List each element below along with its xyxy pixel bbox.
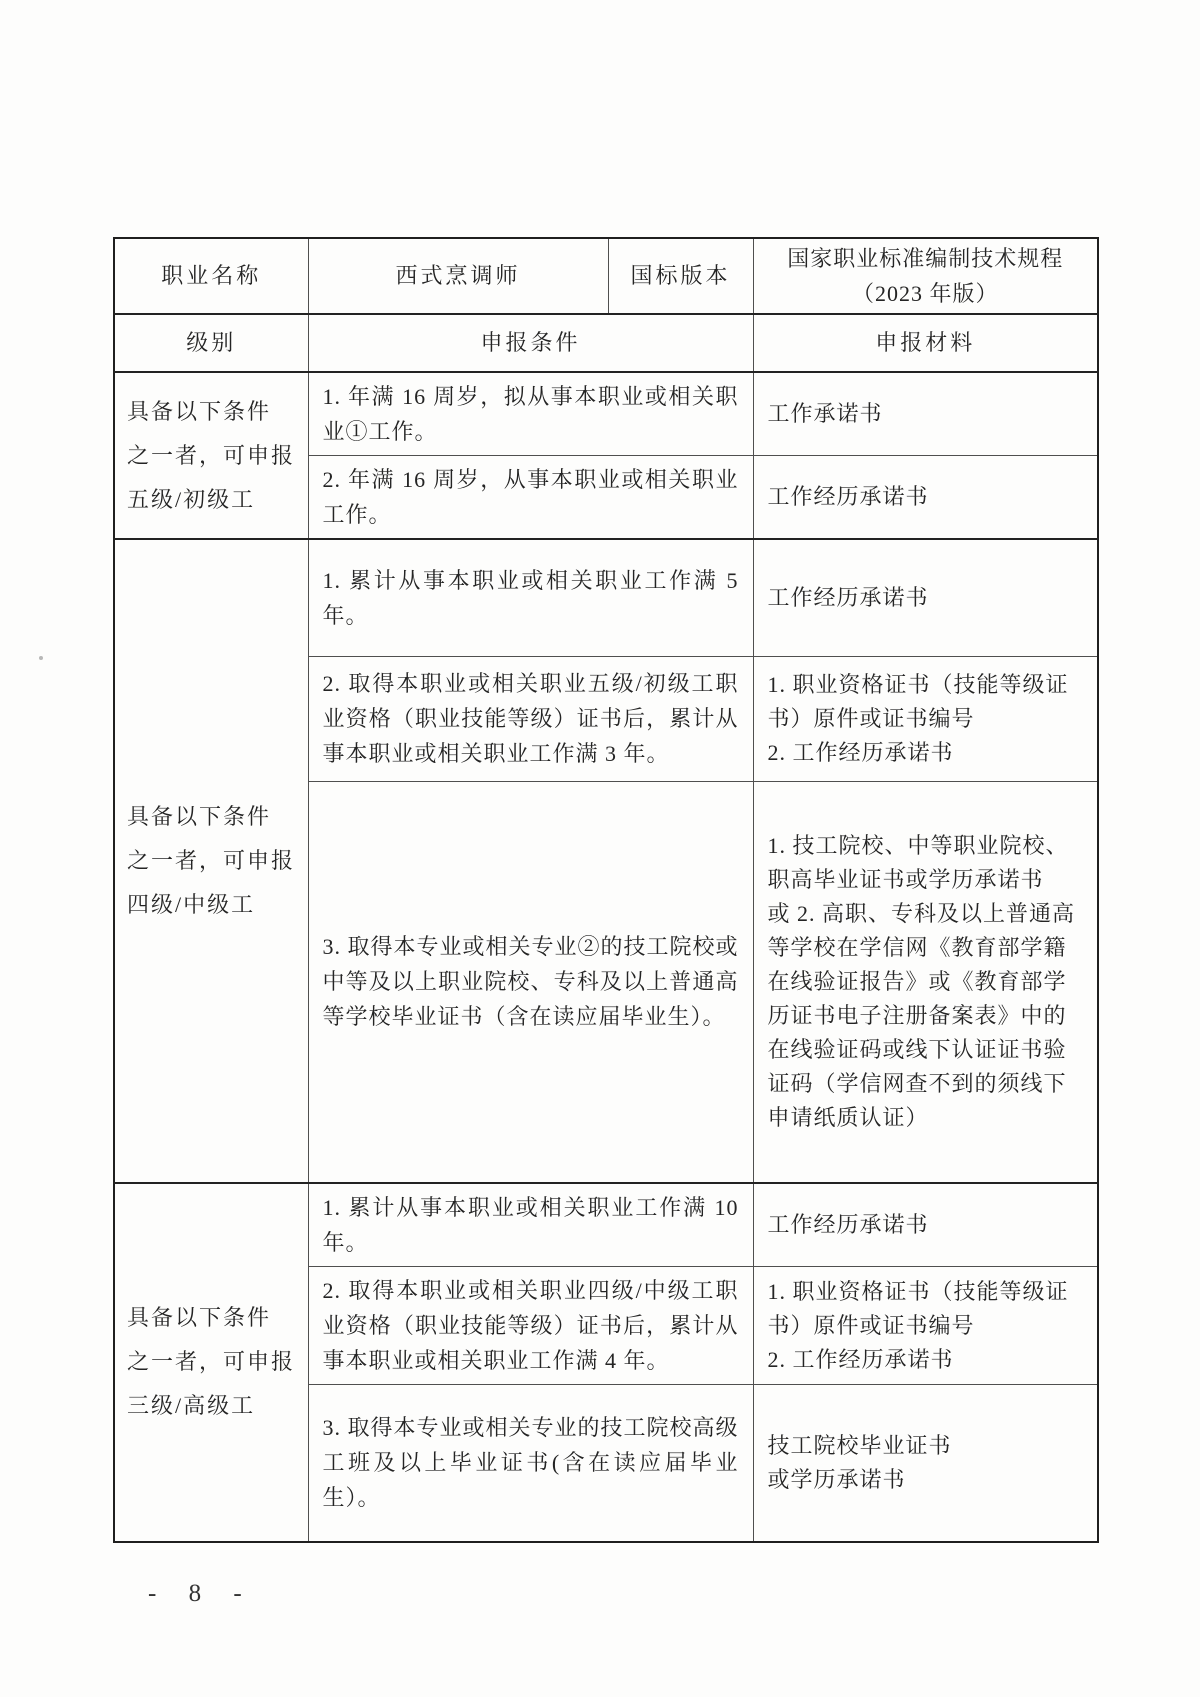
material-senior-3: 技工院校毕业证书 或学历承诺书 (753, 1385, 1098, 1542)
condition-senior-2: 2. 取得本职业或相关职业四级/中级工职业资格（职业技能等级）证书后，累计从事本… (308, 1267, 753, 1385)
header-row-columns: 级别 申报条件 申报材料 (114, 314, 1098, 372)
level-line: 具备以下条件 (127, 1296, 302, 1340)
section-intermediate-row-1: 具备以下条件 之一者，可申报 四级/中级工 1. 累计从事本职业或相关职业工作满… (114, 539, 1098, 656)
material-intermediate-3: 1. 技工院校、中等职业院校、职高毕业证书或学历承诺书 或 2. 高职、专科及以… (753, 781, 1098, 1183)
occupation-name-value: 西式烹调师 (308, 238, 608, 314)
level-cell-senior: 具备以下条件 之一者，可申报 三级/高级工 (114, 1183, 308, 1542)
occupation-name-label: 职业名称 (114, 238, 308, 314)
level-line: 具备以下条件 (127, 795, 302, 839)
level-cell-junior: 具备以下条件 之一者，可申报 五级/初级工 (114, 372, 308, 539)
condition-intermediate-3: 3. 取得本专业或相关专业②的技工院校或中等及以上职业院校、专科及以上普通高等学… (308, 781, 753, 1183)
level-line: 具备以下条件 (127, 390, 302, 434)
condition-junior-2: 2. 年满 16 周岁，从事本职业或相关职业工作。 (308, 456, 753, 540)
materials-column-header: 申报材料 (753, 314, 1098, 372)
scan-artifact-dot (39, 656, 43, 660)
level-line: 五级/初级工 (127, 478, 302, 522)
standard-version-value: 国家职业标准编制技术规程 （2023 年版） (753, 238, 1098, 314)
level-cell-intermediate: 具备以下条件 之一者，可申报 四级/中级工 (114, 539, 308, 1183)
section-junior-row-1: 具备以下条件 之一者，可申报 五级/初级工 1. 年满 16 周岁，拟从事本职业… (114, 372, 1098, 456)
condition-junior-1: 1. 年满 16 周岁，拟从事本职业或相关职业①工作。 (308, 372, 753, 456)
level-line: 之一者，可申报 (127, 1340, 302, 1384)
condition-intermediate-1: 1. 累计从事本职业或相关职业工作满 5 年。 (308, 539, 753, 656)
condition-senior-3: 3. 取得本专业或相关专业的技工院校高级工班及以上毕业证书(含在读应届毕业生）。 (308, 1385, 753, 1542)
document-page: 职业名称 西式烹调师 国标版本 国家职业标准编制技术规程 （2023 年版） 级… (0, 0, 1200, 1697)
conditions-column-header: 申报条件 (308, 314, 753, 372)
page-number: - 8 - (148, 1580, 255, 1608)
standard-version-label: 国标版本 (608, 238, 753, 314)
section-senior-row-1: 具备以下条件 之一者，可申报 三级/高级工 1. 累计从事本职业或相关职业工作满… (114, 1183, 1098, 1267)
material-senior-1: 工作经历承诺书 (753, 1183, 1098, 1267)
material-intermediate-1: 工作经历承诺书 (753, 539, 1098, 656)
application-requirements-table: 职业名称 西式烹调师 国标版本 国家职业标准编制技术规程 （2023 年版） 级… (113, 237, 1099, 1543)
header-row-occupation: 职业名称 西式烹调师 国标版本 国家职业标准编制技术规程 （2023 年版） (114, 238, 1098, 314)
condition-senior-1: 1. 累计从事本职业或相关职业工作满 10 年。 (308, 1183, 753, 1267)
level-line: 四级/中级工 (127, 883, 302, 927)
material-junior-2: 工作经历承诺书 (753, 456, 1098, 540)
level-column-header: 级别 (114, 314, 308, 372)
material-senior-2: 1. 职业资格证书（技能等级证书）原件或证书编号 2. 工作经历承诺书 (753, 1267, 1098, 1385)
level-line: 之一者，可申报 (127, 434, 302, 478)
material-intermediate-2: 1. 职业资格证书（技能等级证书）原件或证书编号 2. 工作经历承诺书 (753, 656, 1098, 781)
condition-intermediate-2: 2. 取得本职业或相关职业五级/初级工职业资格（职业技能等级）证书后，累计从事本… (308, 656, 753, 781)
level-line: 之一者，可申报 (127, 839, 302, 883)
material-junior-1: 工作承诺书 (753, 372, 1098, 456)
level-line: 三级/高级工 (127, 1384, 302, 1428)
